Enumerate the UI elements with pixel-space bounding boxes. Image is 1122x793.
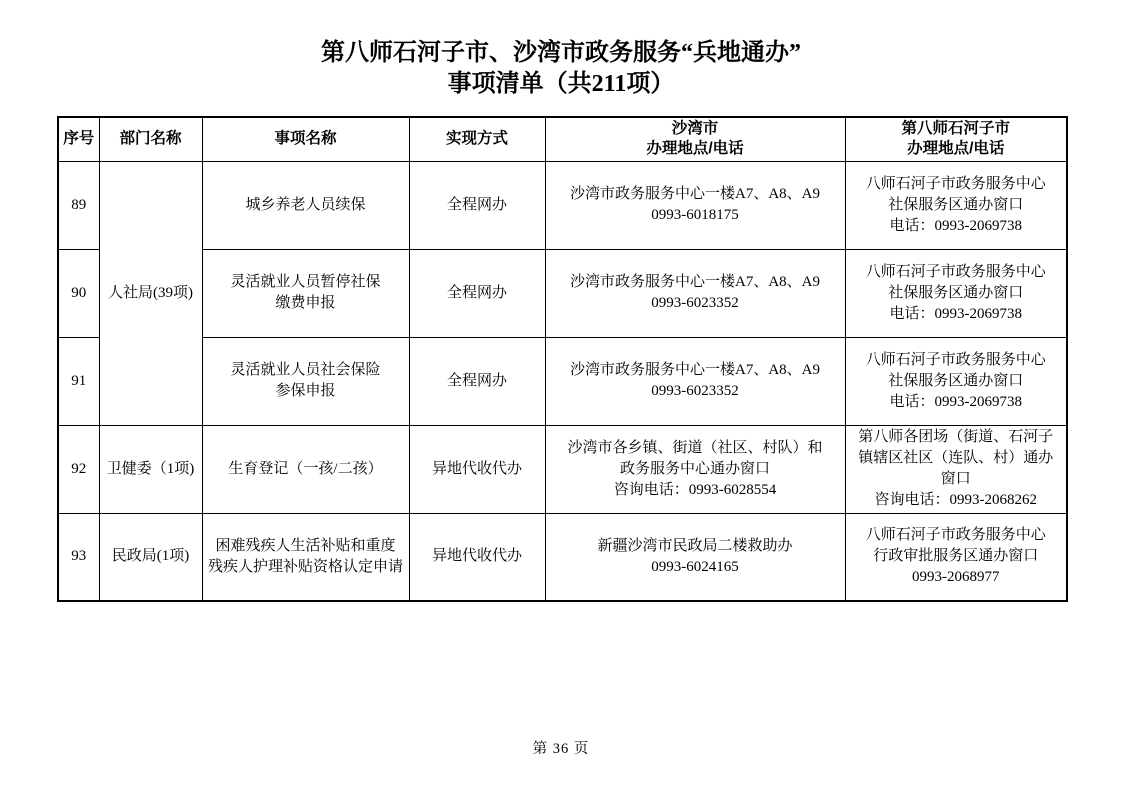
seq-cell: 92: [58, 425, 99, 513]
method-cell: 异地代收代办: [409, 425, 545, 513]
seq-cell: 93: [58, 513, 99, 601]
col-header-dept: 部门名称: [99, 117, 202, 161]
item-cell: 灵活就业人员暂停社保 缴费申报: [202, 249, 409, 337]
seq-cell: 91: [58, 337, 99, 425]
table-row-92: 92 卫健委（1项) 生育登记（一孩/二孩） 异地代收代办 沙湾市各乡镇、街道（…: [58, 425, 1067, 513]
service-items-table: 序号 部门名称 事项名称 实现方式 沙湾市 办理地点/电话 第八师石河子市 办理…: [57, 116, 1068, 602]
seq-cell: 89: [58, 161, 99, 249]
shawan-location-cell: 沙湾市政务服务中心一楼A7、A8、A9 0993-6018175: [545, 161, 845, 249]
dept-cell: 民政局(1项): [99, 513, 202, 601]
bashi-location-cell: 八师石河子市政务服务中心 行政审批服务区通办窗口 0993-2068977: [845, 513, 1067, 601]
table-row-89: 89 人社局(39项) 城乡养老人员续保 全程网办 沙湾市政务服务中心一楼A7、…: [58, 161, 1067, 249]
table-row-91: 91 灵活就业人员社会保险 参保申报 全程网办 沙湾市政务服务中心一楼A7、A8…: [58, 337, 1067, 425]
method-cell: 全程网办: [409, 337, 545, 425]
page-number: 第 36 页: [0, 737, 1122, 758]
page-title: 第八师石河子市、沙湾市政务服务“兵地通办” 事项清单（共211项）: [0, 38, 1122, 100]
col-header-bashi-location: 第八师石河子市 办理地点/电话: [845, 117, 1067, 161]
shawan-location-cell: 沙湾市政务服务中心一楼A7、A8、A9 0993-6023352: [545, 249, 845, 337]
method-cell: 全程网办: [409, 161, 545, 249]
bashi-location-cell: 八师石河子市政务服务中心 社保服务区通办窗口 电话：0993-2069738: [845, 161, 1067, 249]
shawan-location-cell: 新疆沙湾市民政局二楼救助办 0993-6024165: [545, 513, 845, 601]
item-cell: 城乡养老人员续保: [202, 161, 409, 249]
table-row-93: 93 民政局(1项) 困难残疾人生活补贴和重度 残疾人护理补贴资格认定申请 异地…: [58, 513, 1067, 601]
bashi-location-cell: 八师石河子市政务服务中心 社保服务区通办窗口 电话：0993-2069738: [845, 249, 1067, 337]
page-title-line2: 事项清单（共211项）: [0, 69, 1122, 100]
item-cell: 生育登记（一孩/二孩）: [202, 425, 409, 513]
item-cell: 困难残疾人生活补贴和重度 残疾人护理补贴资格认定申请: [202, 513, 409, 601]
page-title-line1: 第八师石河子市、沙湾市政务服务“兵地通办”: [0, 38, 1122, 69]
col-header-seq: 序号: [58, 117, 99, 161]
col-header-shawan-location: 沙湾市 办理地点/电话: [545, 117, 845, 161]
method-cell: 异地代收代办: [409, 513, 545, 601]
method-cell: 全程网办: [409, 249, 545, 337]
document-page: 第八师石河子市、沙湾市政务服务“兵地通办” 事项清单（共211项） 序号 部门名…: [0, 0, 1122, 793]
item-cell: 灵活就业人员社会保险 参保申报: [202, 337, 409, 425]
dept-cell: 卫健委（1项): [99, 425, 202, 513]
bashi-location-cell: 八师石河子市政务服务中心 社保服务区通办窗口 电话：0993-2069738: [845, 337, 1067, 425]
table-header-row: 序号 部门名称 事项名称 实现方式 沙湾市 办理地点/电话 第八师石河子市 办理…: [58, 117, 1067, 161]
shawan-location-cell: 沙湾市政务服务中心一楼A7、A8、A9 0993-6023352: [545, 337, 845, 425]
bashi-location-cell: 第八师各团场（街道、石河子 镇辖区社区（连队、村）通办 窗口 咨询电话：0993…: [845, 425, 1067, 513]
col-header-method: 实现方式: [409, 117, 545, 161]
shawan-location-cell: 沙湾市各乡镇、街道（社区、村队）和 政务服务中心通办窗口 咨询电话：0993-6…: [545, 425, 845, 513]
col-header-item: 事项名称: [202, 117, 409, 161]
table-row-90: 90 灵活就业人员暂停社保 缴费申报 全程网办 沙湾市政务服务中心一楼A7、A8…: [58, 249, 1067, 337]
seq-cell: 90: [58, 249, 99, 337]
dept-cell-merged: 人社局(39项): [99, 161, 202, 425]
